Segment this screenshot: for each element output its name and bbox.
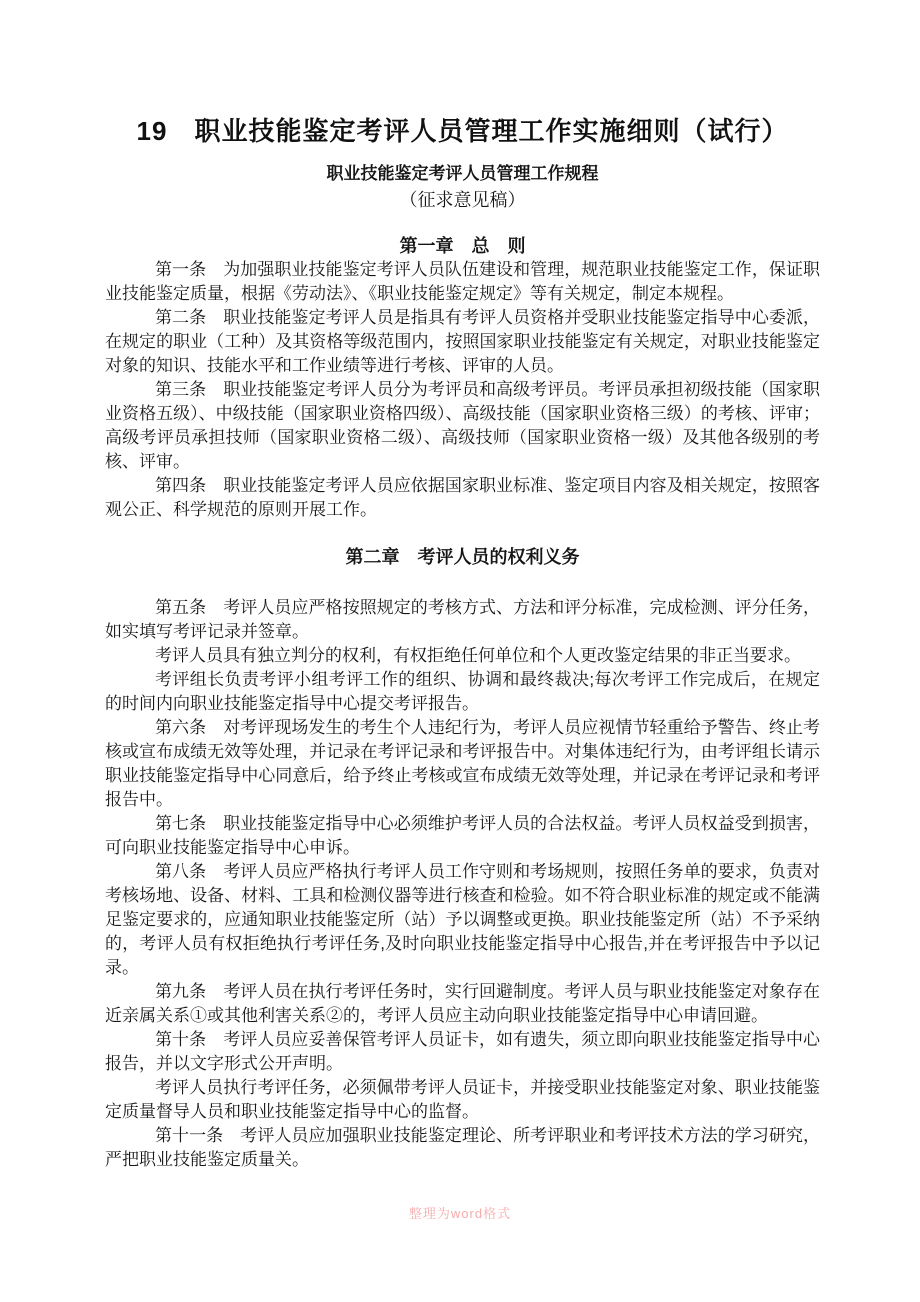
- chapter-1-heading: 第一章 总 则: [105, 234, 820, 258]
- article-8-paragraph: 第八条 考评人员应严格执行考评人员工作守则和考场规则，按照任务单的要求，负责对考…: [105, 860, 820, 980]
- article-4-paragraph: 第四条 职业技能鉴定考评人员应依据国家职业标准、鉴定项目内容及相关规定，按照客观…: [105, 474, 820, 522]
- chapter-2-section: 第二章 考评人员的权利义务 第五条 考评人员应严格按照规定的考核方式、方法和评分…: [105, 545, 820, 1172]
- document-subtitle: 职业技能鉴定考评人员管理工作规程: [105, 162, 820, 186]
- chapter-1-section: 第一章 总 则 第一条 为加强职业技能鉴定考评人员队伍建设和管理，规范职业技能鉴…: [105, 234, 820, 522]
- article-5-paragraph: 第五条 考评人员应严格按照规定的考核方式、方法和评分标准，完成检测、评分任务，如…: [105, 596, 820, 644]
- chapter-2-heading: 第二章 考评人员的权利义务: [105, 545, 820, 569]
- document-title: 19 职业技能鉴定考评人员管理工作实施细则（试行）: [105, 114, 820, 148]
- article-10-paragraph: 第十条 考评人员应妥善保管考评人员证卡，如有遗失，须立即向职业技能鉴定指导中心报…: [105, 1028, 820, 1076]
- article-5-paragraph-2: 考评人员具有独立判分的权利，有权拒绝任何单位和个人更改鉴定结果的非正当要求。: [105, 644, 820, 668]
- article-2-paragraph: 第二条 职业技能鉴定考评人员是指具有考评人员资格并受职业技能鉴定指导中心委派，在…: [105, 306, 820, 378]
- article-9-paragraph: 第九条 考评人员在执行考评任务时，实行回避制度。考评人员与职业技能鉴定对象存在近…: [105, 980, 820, 1028]
- document-page: 19 职业技能鉴定考评人员管理工作实施细则（试行） 职业技能鉴定考评人员管理工作…: [0, 0, 920, 1302]
- article-5-paragraph-3: 考评组长负责考评小组考评工作的组织、协调和最终裁决;每次考评工作完成后，在规定的…: [105, 668, 820, 716]
- article-3-paragraph: 第三条 职业技能鉴定考评人员分为考评员和高级考评员。考评员承担初级技能（国家职业…: [105, 378, 820, 474]
- article-11-paragraph: 第十一条 考评人员应加强职业技能鉴定理论、所考评职业和考评技术方法的学习研究，严…: [105, 1124, 820, 1172]
- footer-note: 整理为word格式: [0, 1204, 920, 1224]
- article-7-paragraph: 第七条 职业技能鉴定指导中心必须维护考评人员的合法权益。考评人员权益受到损害，可…: [105, 812, 820, 860]
- article-6-paragraph: 第六条 对考评现场发生的考生个人违纪行为，考评人员应视情节轻重给予警告、终止考核…: [105, 716, 820, 812]
- article-10-paragraph-2: 考评人员执行考评任务，必须佩带考评人员证卡，并接受职业技能鉴定对象、职业技能鉴定…: [105, 1076, 820, 1124]
- draft-note: （征求意见稿）: [105, 188, 820, 212]
- document-content: 19 职业技能鉴定考评人员管理工作实施细则（试行） 职业技能鉴定考评人员管理工作…: [105, 0, 820, 1172]
- article-1-paragraph: 第一条 为加强职业技能鉴定考评人员队伍建设和管理，规范职业技能鉴定工作，保证职业…: [105, 258, 820, 306]
